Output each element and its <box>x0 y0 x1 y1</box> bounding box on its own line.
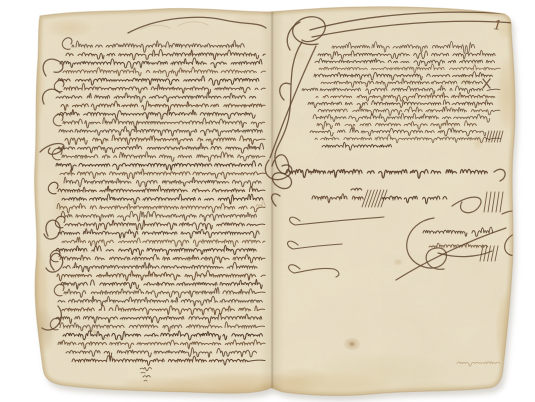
manuscript-photo: 1 <box>0 0 535 402</box>
folio-number: 1 <box>493 18 503 34</box>
manuscript-svg: 1 <box>0 0 535 402</box>
stain <box>105 336 110 340</box>
stain <box>349 341 356 347</box>
stain <box>393 258 403 266</box>
stain <box>46 18 94 38</box>
